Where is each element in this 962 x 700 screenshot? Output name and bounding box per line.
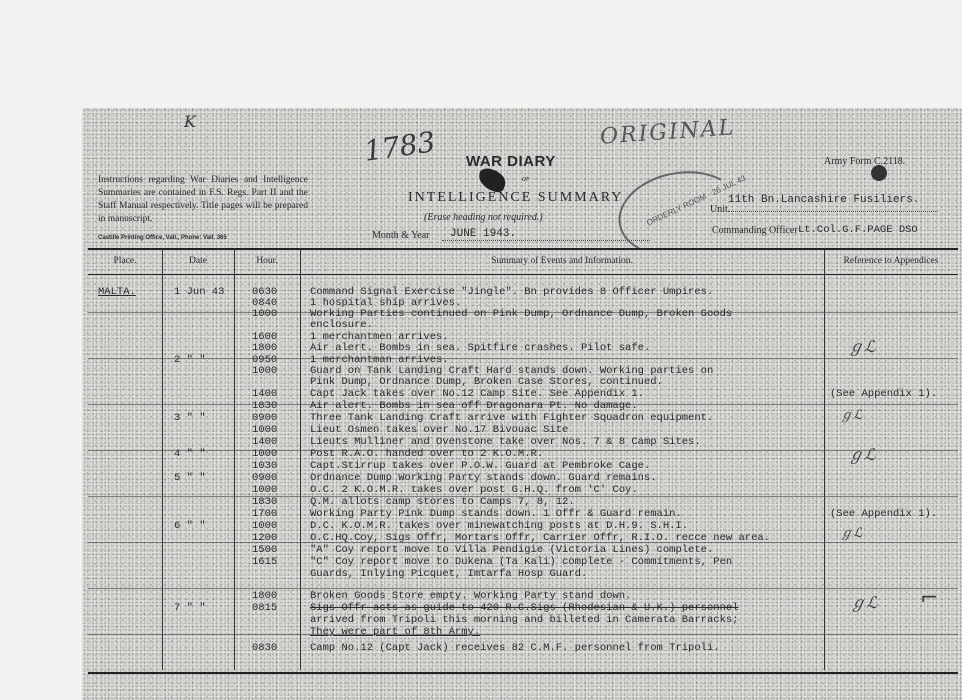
entry-text: O.C. 2 K.O.M.R. takes over post G.H.Q. f… (310, 485, 638, 497)
entry-text: O.C.HQ.Coy, Sigs Offr, Mortars Offr, Car… (310, 533, 770, 545)
date-cell: 4 " " (174, 449, 206, 461)
header-date: Date (162, 256, 234, 266)
unit-value: 11th Bn.Lancashire Fusiliers. (728, 194, 919, 206)
hour-cell: 1830 (252, 401, 277, 413)
war-diary-page: K 1783 ORIGINAL Instructions regarding W… (82, 108, 962, 700)
hour-cell: 0830 (252, 643, 277, 655)
entry-text: Sigs Offr acts as guide to 420 R.C.Sigs … (310, 603, 738, 615)
signature-initials: ℊℒ (848, 334, 876, 357)
hour-cell: 1615 (252, 557, 277, 569)
date-cell: 2 " " (174, 355, 206, 367)
header-reference: Reference to Appendices (824, 256, 958, 266)
entry-text: Lieuts Mulliner and Ovenstone take over … (310, 437, 701, 449)
entry-text: arrived from Tripoli this morning and bi… (310, 615, 738, 627)
entry-text: "C" Coy report move to Dukena (Ta Kali) … (310, 557, 732, 569)
row-rule (88, 634, 958, 635)
table-top-rule (88, 248, 958, 250)
hour-cell: 1700 (252, 509, 277, 521)
hour-cell: 1400 (252, 389, 277, 401)
commanding-officer-label: Commanding Officer (712, 225, 798, 236)
entry-text: Post R.A.O. handed over to 2 K.O.M.R. (310, 449, 543, 461)
entry-text: Pink Dump, Ordnance Dump, Broken Case St… (310, 377, 663, 389)
hour-cell: 1200 (252, 533, 277, 545)
hour-cell: 0815 (252, 603, 277, 615)
hour-cell: 1400 (252, 437, 277, 449)
title-war-diary: WAR DIARY (466, 153, 556, 170)
entry-text: Q.M. allots camp stores to Camps 7, 8, 1… (310, 497, 575, 509)
entry-text: They were part of 8th Army. (310, 627, 480, 639)
header-hour: Hour. (234, 256, 300, 266)
header-place: Place. (88, 256, 162, 266)
entry-text: enclosure. (310, 320, 373, 332)
date-cell: 5 " " (174, 473, 206, 485)
appendix-reference: (See Appendix 1). (830, 389, 937, 401)
table-bottom-rule (88, 672, 958, 674)
entry-text: Broken Goods Store empty. Working Party … (310, 591, 631, 603)
hour-cell: 1000 (252, 449, 277, 461)
hour-cell: 1000 (252, 485, 277, 497)
entry-text: Capt.Stirrup takes over P.O.W. Guard at … (310, 461, 650, 473)
row-rule (88, 358, 958, 359)
hour-cell: 1000 (252, 425, 277, 437)
hour-cell: 1800 (252, 591, 277, 603)
header-bottom-rule (88, 274, 958, 275)
corner-mark: K (184, 112, 196, 131)
entry-text: Camp No.12 (Capt Jack) receives 82 C.M.F… (310, 643, 720, 655)
hour-cell: 1000 (252, 521, 277, 533)
entry-text: Lieut Osmen takes over No.17 Bivouac Sit… (310, 425, 568, 437)
hour-cell: 0900 (252, 413, 277, 425)
entry-text: Working Parties continued on Pink Dump, … (310, 309, 732, 321)
hour-cell: 1000 (252, 309, 277, 321)
diary-table: Place. Date Hour. Summary of Events and … (88, 248, 958, 678)
hour-cell: 1030 (252, 461, 277, 473)
month-year-value: JUNE 1943. (442, 228, 650, 241)
printer-imprint: Castille Printing Office, Vall., Phone: … (98, 235, 227, 241)
commanding-officer-value: Lt.Col.G.F.PAGE DSO (798, 224, 918, 236)
entry-text: Guards, Inlying Picquet, Imtarfa Hosp Gu… (310, 569, 587, 581)
row-rule (88, 588, 958, 589)
entry-text: Working Party Pink Dump stands down. 1 O… (310, 509, 682, 521)
hour-cell: 1830 (252, 497, 277, 509)
date-cell: 1 Jun 43 (174, 287, 224, 299)
hour-cell: 1500 (252, 545, 277, 557)
erase-note: (Erase heading not required.) (424, 212, 543, 223)
army-form-number: Army Form C.2118. (824, 156, 905, 167)
signature-initials: ℊℒ (840, 522, 862, 541)
place-cell: MALTA. (98, 287, 136, 299)
handwritten-number: 1783 (362, 125, 437, 168)
header-summary: Summary of Events and Information. (300, 256, 824, 266)
signature-initials: ℊℒ (840, 404, 862, 423)
entry-text: Air alert. Bombs in sea. Spitfire crashe… (310, 343, 650, 355)
unit-underline (728, 211, 938, 212)
hour-cell: 1800 (252, 343, 277, 355)
month-year-label: Month & Year (372, 230, 430, 241)
entry-text: "A" Coy report move to Villa Pendigie (V… (310, 545, 713, 557)
date-cell: 6 " " (174, 521, 206, 533)
entry-text: D.C. K.O.M.R. takes over minewatching po… (310, 521, 688, 533)
title-intelligence-summary: INTELLIGENCE SUMMARY (408, 190, 623, 206)
signature-initials: ℊℒ (848, 442, 876, 465)
original-stamp: ORIGINAL (599, 115, 736, 149)
punch-hole (871, 165, 887, 181)
unit-label: Unit (710, 204, 728, 215)
signature-mark: ⌐ (920, 586, 938, 611)
entry-text: Three Tank Landing Craft arrive with Fig… (310, 413, 713, 425)
appendix-reference: (See Appendix 1). (830, 509, 937, 521)
hour-cell: 1000 (252, 366, 277, 378)
hour-cell: 0900 (252, 473, 277, 485)
form-instructions: Instructions regarding War Diaries and I… (98, 174, 308, 226)
date-cell: 7 " " (174, 603, 206, 615)
entry-text: Air alert. Bombs in sea off Dragonara Pt… (310, 401, 638, 413)
entry-text: Ordnance Dump Working Party stands down.… (310, 473, 657, 485)
date-cell: 3 " " (174, 413, 206, 425)
title-or: or (522, 174, 529, 183)
signature-initials: ℊℒ (850, 590, 878, 613)
entry-text: Capt Jack takes over No.12 Camp Site. Se… (310, 389, 644, 401)
